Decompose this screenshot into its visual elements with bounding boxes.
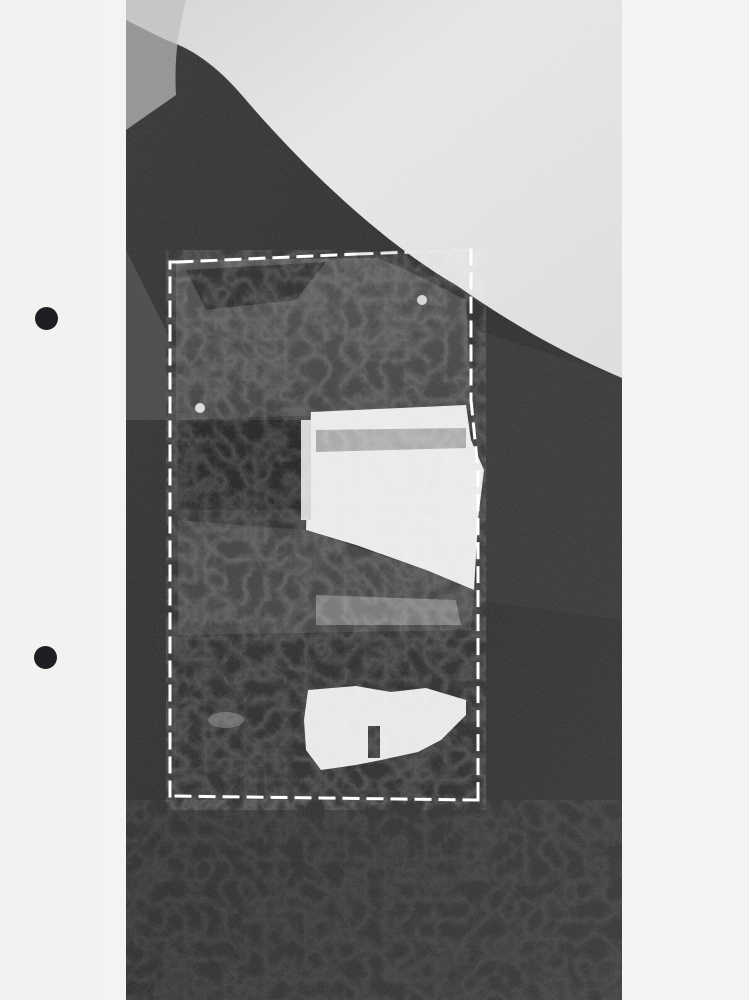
painting-photograph <box>126 0 622 1000</box>
painting-detail-image <box>126 0 622 1000</box>
punch-hole-bottom <box>34 646 57 669</box>
punch-hole-top <box>35 307 58 330</box>
mounting-card <box>0 0 749 1000</box>
